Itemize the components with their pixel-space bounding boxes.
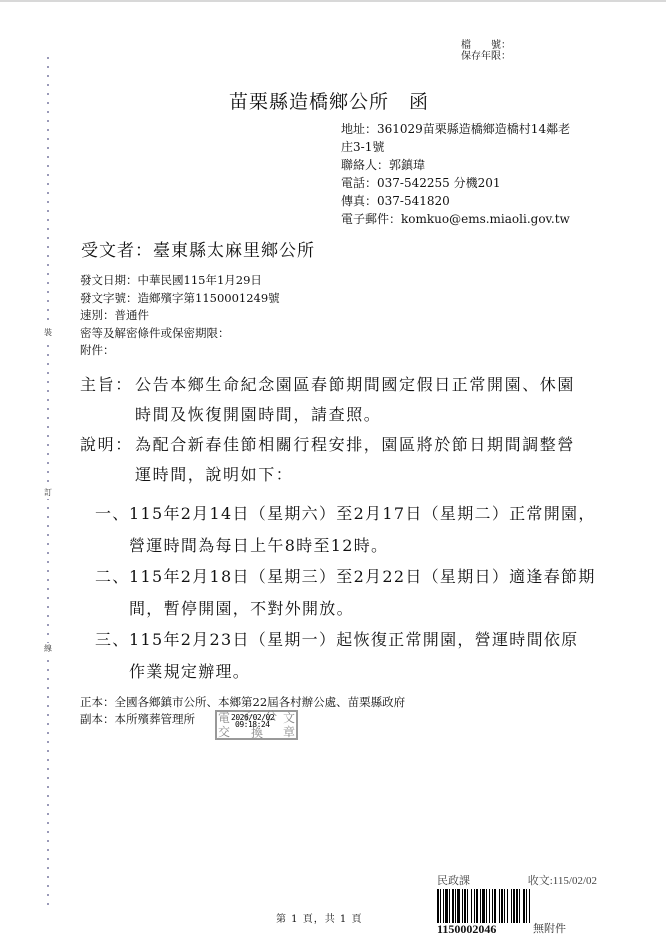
binding-mark-xian: 線 [42,643,54,655]
page-number: 第 1 頁，共 1 頁 [276,910,362,925]
explanation-items: 一、115年2月14日（星期六）至2月17日（星期二）正常開園， 營運時間為每日… [95,498,596,687]
stamp-char: 文 [283,712,295,724]
speed-class: 速別：普通件 [80,307,280,325]
subject-label: 主旨： [80,370,135,400]
issue-number: 發文字號：造鄉殯字第1150001249號 [80,290,280,308]
list-item: 三、115年2月23日（星期一）起恢復正常開園，營運時間依原 作業規定辦理。 [95,624,596,687]
stamp-char: 電 [218,712,230,724]
email: 電子郵件：komkuo@ems.miaoli.gov.tw [341,210,570,228]
file-number-field: 檔 號： [461,40,511,51]
receipt-label: 民政課 收文:115/02/02 1150002046 無附件 [437,875,597,935]
electronic-exchange-stamp: 電 子 公 文 交 換 章 2026/02/02 09:18:24 [215,710,298,740]
phone: 電話：037-542255 分機201 [341,174,570,192]
top-border [0,0,666,2]
issue-date: 發文日期：中華民國115年1月29日 [80,272,280,290]
subject-section: 主旨：公告本鄉生命紀念園區春節期間國定假日正常開園、休園 時間及恢復開園時間，請… [80,370,575,490]
contact-block: 地址：361029苗栗縣造橋鄉造橋村14鄰老 庄3-1號 聯絡人：郭鎮瑋 電話：… [341,120,570,228]
stamp-time: 09:18:24 [235,721,270,729]
item-line-2: 營運時間為每日上午8時至12時。 [95,530,596,562]
fax: 傳真：037-541820 [341,192,570,210]
item-number: 三、 [95,624,129,656]
item-line-1: 115年2月18日（星期三）至2月22日（星期日）適逢春節期 [129,567,596,586]
security-class: 密等及解密條件或保密期限： [80,325,280,343]
explanation-line-1: 為配合新春佳節相關行程安排，園區將於節日期間調整營 [135,435,575,454]
subject-line-2: 時間及恢復開園時間，請查照。 [80,400,575,430]
barcode-number: 1150002046 [437,923,533,935]
list-item: 一、115年2月14日（星期六）至2月17日（星期二）正常開園， 營運時間為每日… [95,498,596,561]
receiving-department: 民政課 [437,875,470,887]
subject-line-1: 公告本鄉生命紀念園區春節期間國定假日正常開園、休園 [135,375,575,394]
address-line-1: 地址：361029苗栗縣造橋鄉造橋村14鄰老 [341,120,570,138]
retention-field: 保存年限： [461,51,511,62]
explanation-label: 說明： [80,430,135,460]
document-meta: 發文日期：中華民國115年1月29日 發文字號：造鄉殯字第1150001249號… [80,272,280,360]
binding-mark-ding: 訂 [42,487,54,499]
address-line-2: 庄3-1號 [341,138,570,156]
attachment-note: 無附件 [533,923,566,935]
item-line-1: 115年2月23日（星期一）起恢復正常開園，營運時間依原 [129,630,578,649]
item-line-2: 間，暫停開園，不對外開放。 [95,593,596,625]
file-number-label: 檔 號： [461,40,511,51]
binding-mark-zhuang: 裝 [42,327,54,339]
item-line-2: 作業規定辦理。 [95,656,596,688]
list-item: 二、115年2月18日（星期三）至2月22日（星期日）適逢春節期 間，暫停開園，… [95,561,596,624]
contact-person: 聯絡人：郭鎮瑋 [341,156,570,174]
barcode [437,889,597,923]
binding-dotted-line [47,57,49,905]
attachment: 附件： [80,342,280,360]
item-number: 一、 [95,498,129,530]
stamp-char: 交 [218,726,230,738]
document-title: 苗栗縣造橋鄉公所 函 [229,87,429,114]
file-meta: 檔 號： 保存年限： [461,40,511,62]
item-number: 二、 [95,561,129,593]
retention-label: 保存年限： [461,51,511,62]
received-date: 收文:115/02/02 [528,875,597,887]
item-line-1: 115年2月14日（星期六）至2月17日（星期二）正常開園， [129,504,596,523]
stamp-char: 章 [283,726,295,738]
recipient: 受文者：臺東縣太麻里鄉公所 [81,236,315,261]
explanation-line-2: 運時間，說明如下： [80,460,575,490]
